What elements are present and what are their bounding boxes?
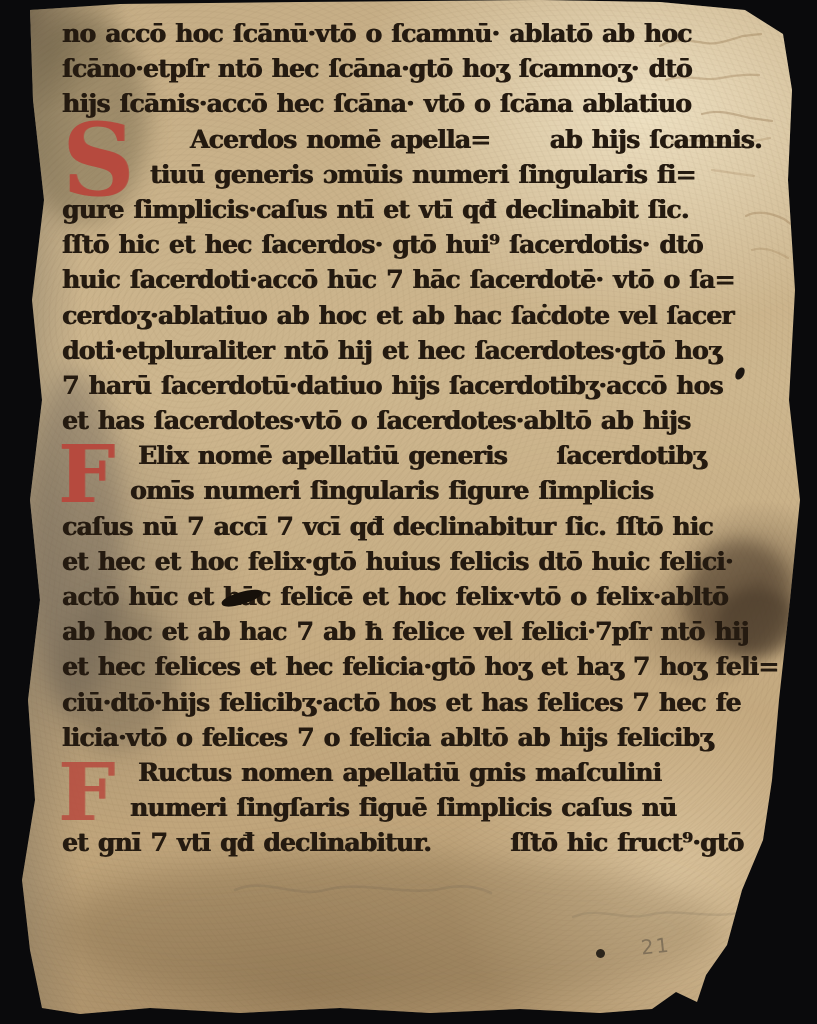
text-line: et hec et hoc felix·gtō huius felicis dt…: [62, 544, 774, 579]
rubric-initial-S: S: [62, 118, 134, 203]
text-line: 7 harū ſacerdotū·datiuo hijs ſacerdotibʒ…: [62, 368, 774, 403]
text-line: caſus nū 7 accī 7 vcī qđ declinabitur ſi…: [62, 509, 774, 544]
photograph: no accō hoc ſcānū·vtō o ſcamnū· ablatō a…: [0, 0, 817, 1024]
wormhole-spot: [596, 949, 605, 958]
text-block: no accō hoc ſcānū·vtō o ſcamnū· ablatō a…: [62, 16, 774, 861]
text-line: et has ſacerdotes·vtō o ſacerdotes·abltō…: [62, 403, 774, 438]
pencil-folio-number: 21: [640, 933, 672, 960]
text-line: doti·etpluraliter ntō hij et hec ſacerdo…: [62, 333, 774, 368]
text-line: no accō hoc ſcānū·vtō o ſcamnū· ablatō a…: [62, 16, 774, 51]
text-line: Acerdos nomē apella= ab hijs ſcamnis.: [190, 122, 774, 157]
text-line: gure ſimplicis·caſus ntī et vtī qđ decli…: [62, 192, 774, 227]
rubric-initial-F-felix: F: [58, 440, 115, 508]
text-line: ſcāno·etpſr ntō hec ſcāna·gtō hoʒ ſcamno…: [62, 51, 774, 86]
text-line: ab hoc et ab hac 7 ab ħ felice vel felic…: [62, 614, 774, 649]
text-line: omīs numeri ſingularis figure ſimplicis: [130, 473, 774, 508]
text-line: et gnī 7 vtī qđ declinabitur. ſſtō hic f…: [62, 825, 774, 860]
stain-bottom-band: [60, 855, 720, 1005]
text-line: numeri ſingſaris figuē ſimplicis caſus n…: [130, 790, 774, 825]
text-line: hijs ſcānis·accō hec ſcāna· vtō o ſcāna …: [62, 86, 774, 121]
text-line: ſſtō hic et hec ſacerdos· gtō hui⁹ ſacer…: [62, 227, 774, 262]
text-line: Ructus nomen apellatiū gnis maſculini: [138, 755, 774, 790]
text-line: licia·vtō o felices 7 o felicia abltō ab…: [62, 720, 774, 755]
text-line: et hec felices et hec felicia·gtō hoʒ et…: [62, 649, 774, 684]
parchment-leaf: no accō hoc ſcānū·vtō o ſcamnū· ablatō a…: [0, 0, 817, 1024]
text-line: cerdoʒ·ablatiuo ab hoc et ab hac ſaċdote…: [62, 298, 774, 333]
marginalia-scribble-bottom-center: [225, 862, 495, 910]
text-line: tiuū generis ɔmūis numeri ſingularis fi=: [150, 157, 774, 192]
text-line: Elix nomē apellatiū generis ſacerdotibʒ: [138, 438, 774, 473]
marginalia-scribble-bottom-right: [565, 895, 760, 931]
rubric-initial-F-fructus: F: [58, 758, 115, 826]
text-line: ciū·dtō·hijs felicibʒ·actō hos et has fe…: [62, 685, 774, 720]
text-line: huic ſacerdoti·accō hūc 7 hāc ſacerdotē·…: [62, 262, 774, 297]
text-line: actō hūc et hāc felicē et hoc felix·vtō …: [62, 579, 774, 614]
